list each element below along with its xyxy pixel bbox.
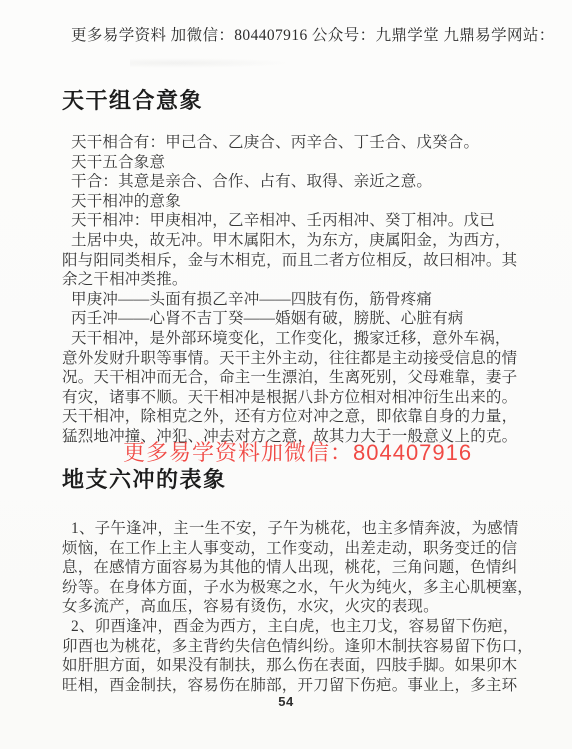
text-line: 天干五合象意: [62, 153, 524, 173]
section2-title: 地支六冲的表象: [62, 467, 227, 493]
page-number: 54: [0, 694, 572, 709]
section1-title: 天干组合意象: [62, 88, 203, 114]
text-line: 女多流产，高血压，容易有烫伤，水灾，火灾的表现。: [62, 597, 524, 617]
text-line: 卯酉也为桃花，多主背约失信色情纠纷。逢卯木制扶容易留下伤口，: [62, 637, 524, 657]
text-line: 余之干相冲类推。: [62, 270, 524, 290]
text-line: 意外发财升职等事情。天干主外主动，往往都是主动接受信息的情: [62, 349, 524, 369]
text-line: 干合：其意是亲合、合作、占有、取得、亲近之意。: [62, 172, 524, 192]
text-line: 阳与阳同类相斥，金与木相克，而且二者方位相反，故曰相冲。其: [62, 251, 524, 271]
text-line: 烦恼，在工作上主人事变动，工作变动，出差走动，职务变迁的信: [62, 539, 524, 559]
text-line: 土居中央，故无冲。甲木属阳木，为东方，庚属阳金，为西方，: [62, 231, 524, 251]
text-line: 有灾，诸事不顺。天干相冲是根据八卦方位相对相冲衍生出来的。: [62, 388, 524, 408]
text-line: 甲庚冲——头面有损乙辛冲——四肢有伤，筋骨疼痛: [62, 290, 524, 310]
text-line: 天干相冲：甲庚相冲，乙辛相冲、壬丙相冲、癸丁相冲。戊已: [62, 211, 524, 231]
scan-smudge: [130, 58, 290, 68]
text-line: 旺相，酉金制扶，容易伤在肺部，开刀留下伤疤。事业上，多主环: [62, 676, 524, 696]
text-line: 天干相合有：甲己合、乙庚合、丙辛合、丁壬合、戊癸合。: [62, 133, 524, 153]
text-line: 息，在感情方面容易为其他的情人出现，桃花，三角问题，色情纠: [62, 558, 524, 578]
section1-body: 天干相合有：甲己合、乙庚合、丙辛合、丁壬合、戊癸合。天干五合象意干合：其意是亲合…: [62, 133, 524, 447]
document-page: 更多易学资料 加微信：804407916 公众号：九鼎学堂 九鼎易学网站： 天干…: [0, 0, 572, 749]
text-line: 天干相冲的意象: [62, 192, 524, 212]
text-line: 如肝胆方面，如果没有制扶，那么伤在表面，四肢手脚。如果卯木: [62, 656, 524, 676]
text-line: 2、卯酉逢冲，酉金为西方，主白虎，也主刀戈，容易留下伤疤，: [62, 617, 524, 637]
text-line: 1、子午逢冲，主一生不安，子午为桃花，也主多情奔波，为感情: [62, 519, 524, 539]
text-line: 天干相冲，除相克之外，还有方位对冲之意，即依靠自身的力量，: [62, 407, 524, 427]
text-line: 纷等。在身体方面，子水为极寒之水，午火为纯火，多主心肌梗塞，: [62, 578, 524, 598]
text-line: 丙壬冲——心肾不吉丁癸——婚姻有破，膀胱、心脏有病: [62, 309, 524, 329]
section2-body: 1、子午逢冲，主一生不安，子午为桃花，也主多情奔波，为感情烦恼，在工作上主人事变…: [62, 519, 524, 695]
red-watermark: 更多易学资料加微信：804407916: [123, 440, 472, 466]
top-header-watermark: 更多易学资料 加微信：804407916 公众号：九鼎学堂 九鼎易学网站：: [71, 26, 572, 46]
text-line: 况。天干相冲而无合，命主一生漂泊，生离死别，父母难靠，妻子: [62, 368, 524, 388]
text-line: 天干相冲，是外部环境变化，工作变化，搬家迁移，意外车祸，: [62, 329, 524, 349]
